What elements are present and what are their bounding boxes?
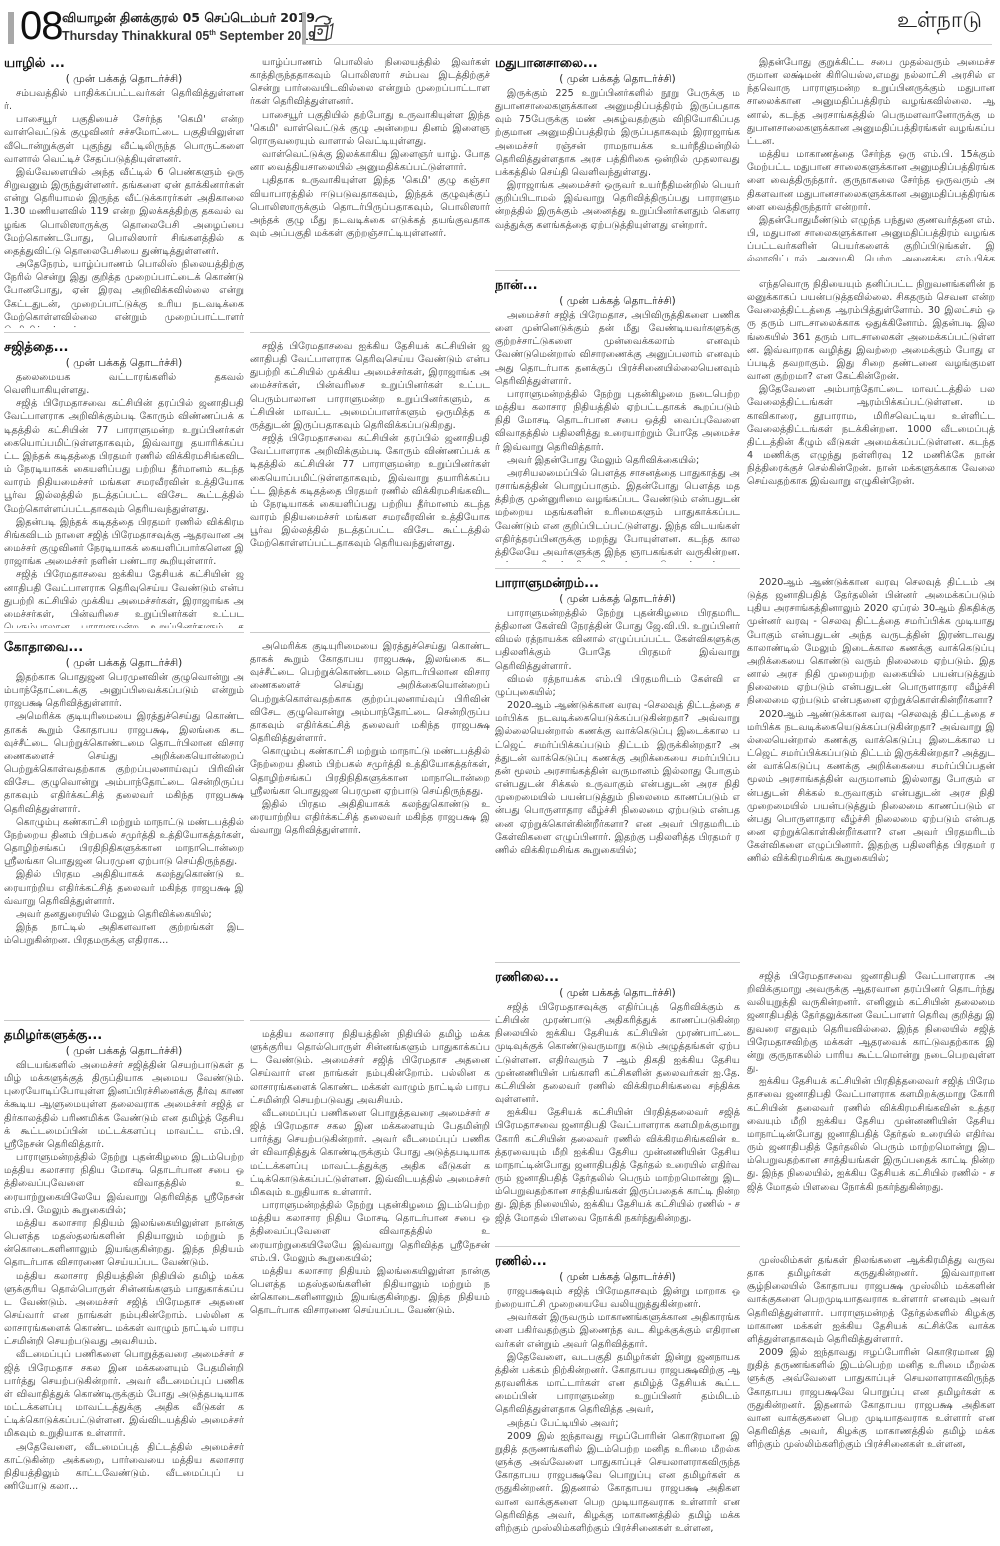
article-body: சம்பவத்தில் பாதிக்கப்பட்டவர்கள் தெரிவித்…	[4, 87, 244, 328]
article-yazhil: யாழில் ... ( முன் பக்கத் தொடர்ச்சி) சம்ப…	[4, 56, 244, 328]
article-body: முஸ்லிம்கள் தங்கள் நிலங்களை ஆக்கிரமித்து…	[747, 1254, 995, 1451]
column-1: யாழில் ... ( முன் பக்கத் தொடர்ச்சி) சம்ப…	[4, 56, 244, 1542]
article-headline: மதுபானசாலை...	[495, 56, 740, 72]
article-body: இருக்கும் 225 உறுப்பினர்களில் நூறு பேருக…	[495, 87, 740, 232]
article-sajithai: சஜித்தை... ( முன் பக்கத் தொடர்ச்சி) தலைம…	[4, 340, 244, 628]
article-headline: கோதாவை...	[4, 640, 244, 656]
masthead-separator	[302, 12, 306, 44]
article-body: இதற்காக பொதுஜன பெரமுனவின் குழுவொன்று அம்…	[4, 671, 244, 947]
article-paaraalumandram: பாராளுமன்றம்... ( முன் பக்கத் தொடர்ச்சி)…	[495, 576, 740, 954]
continued-label: ( முன் பக்கத் தொடர்ச்சி)	[495, 1270, 740, 1284]
article-tamilarkalukku: தமிழர்களுக்கு... ( முன் பக்கத் தொடர்ச்சி…	[4, 1028, 244, 1542]
article-madhupanasalai-continued: இதன்போது குறுக்கிட்ட சபை முதல்வரும் அமைச…	[747, 56, 995, 261]
article-gothavai-continued: அமெரிக்க குடியுரிமையை இரத்துச்செய்து கொண…	[250, 640, 490, 1016]
article-divider	[495, 568, 740, 569]
article-body: இதன்போது குறுக்கிட்ட சபை முதல்வரும் அமைச…	[747, 56, 995, 261]
article-body: யாழ்ப்பாணம் பொலிஸ் நிலையத்தில் இவர்கள் க…	[250, 56, 490, 240]
continued-label: ( முன் பக்கத் தொடர்ச்சி)	[495, 592, 740, 606]
continued-label: ( முன் பக்கத் தொடர்ச்சி)	[4, 656, 244, 670]
article-ranilai-continued: சஜித் பிரேமதாசவை ஜனாதிபதி வேட்பாளராக அறி…	[747, 970, 995, 1236]
article-divider	[4, 332, 244, 333]
article-body: எந்தவொரு நிதியையும் தனிப்பட்ட நிறுவனங்கள…	[747, 278, 995, 489]
article-body: சஜித் பிரேமதாசவுக்கு எதிர்ப்புத் தெரிவிக…	[495, 1001, 740, 1225]
article-body: தலைமையக வட்டாரங்களில் தகவல் வெளியாகியுள்…	[4, 371, 244, 628]
thinakkural-logo-icon	[310, 12, 336, 44]
section-title: உள்நாடு	[897, 8, 982, 36]
article-body: அமெரிக்க குடியுரிமையை இரத்துச்செய்து கொண…	[250, 640, 490, 837]
article-tamilarkalukku-continued: மத்திய கலாசார நிதியத்தின் நிதியில் தமிழ்…	[250, 1028, 490, 1542]
masthead: 08 வியாழன் தினக்குரல் 05 செப்டெம்பர் 201…	[0, 0, 1000, 50]
article-headline: ரணிலை...	[495, 970, 740, 986]
article-naan: நான்... ( முன் பக்கத் தொடர்ச்சி) அமைச்சர…	[495, 278, 740, 562]
article-headline: ரணில்...	[495, 1254, 740, 1270]
article-divider	[4, 632, 244, 633]
article-body: மத்திய கலாசார நிதியத்தின் நிதியில் தமிழ்…	[250, 1028, 490, 1317]
masthead-accent-bar	[8, 12, 14, 44]
continued-label: ( முன் பக்கத் தொடர்ச்சி)	[495, 72, 740, 86]
article-body: விடயங்களில் அமைச்சர் சஜித்தின் செயற்பாடு…	[4, 1059, 244, 1493]
article-headline: யாழில் ...	[4, 56, 244, 72]
masthead-rule	[302, 44, 992, 45]
article-headline: பாராளுமன்றம்...	[495, 576, 740, 592]
article-body: சஜித் பிரேமதாசவை ஜனாதிபதி வேட்பாளராக அறி…	[747, 970, 995, 1194]
column-2: யாழ்ப்பாணம் பொலிஸ் நிலையத்தில் இவர்கள் க…	[250, 56, 490, 1542]
article-headline: தமிழர்களுக்கு...	[4, 1028, 244, 1044]
article-divider	[495, 962, 740, 963]
article-body: அமைச்சர் சஜித் பிரேமதாச, அபிவிருத்திகளை …	[495, 309, 740, 562]
article-naan-continued: எந்தவொரு நிதியையும் தனிப்பட்ட நிறுவனங்கள…	[747, 278, 995, 562]
article-ranil-continued: முஸ்லிம்கள் தங்கள் நிலங்களை ஆக்கிரமித்து…	[747, 1254, 995, 1542]
article-ranil: ரணில்... ( முன் பக்கத் தொடர்ச்சி) ராஜபக்…	[495, 1254, 740, 1542]
article-divider	[250, 632, 490, 633]
continued-label: ( முன் பக்கத் தொடர்ச்சி)	[495, 986, 740, 1000]
article-paaraalumandram-continued: 2020ஆம் ஆண்டுக்கான வரவு செலவுத் திட்டம் …	[747, 576, 995, 954]
article-sajithai-continued: சஜித் பிரேமதாசவை ஐக்கிய தேசியக் கட்சியின…	[250, 340, 490, 628]
column-3: மதுபானசாலை... ( முன் பக்கத் தொடர்ச்சி) இ…	[495, 56, 740, 1542]
article-divider	[495, 270, 740, 271]
article-gothavai: கோதாவை... ( முன் பக்கத் தொடர்ச்சி) இதற்க…	[4, 640, 244, 1016]
article-body: சஜித் பிரேமதாசவை ஐக்கிய தேசியக் கட்சியின…	[250, 340, 490, 551]
article-headline: சஜித்தை...	[4, 340, 244, 356]
article-yazhil-continued: யாழ்ப்பாணம் பொலிஸ் நிலையத்தில் இவர்கள் க…	[250, 56, 490, 328]
masthead-date-tamil: வியாழன் தினக்குரல் 05 செப்டெம்பர் 2019	[62, 11, 315, 25]
column-4: இதன்போது குறுக்கிட்ட சபை முதல்வரும் அமைச…	[747, 56, 995, 1542]
continued-label: ( முன் பக்கத் தொடர்ச்சி)	[495, 294, 740, 308]
article-headline: நான்...	[495, 278, 740, 294]
article-divider	[250, 1020, 490, 1021]
article-body: 2020ஆம் ஆண்டுக்கான வரவு செலவுத் திட்டம் …	[747, 576, 995, 865]
continued-label: ( முன் பக்கத் தொடர்ச்சி)	[4, 1044, 244, 1058]
continued-label: ( முன் பக்கத் தொடர்ச்சி)	[4, 356, 244, 370]
article-body: பாராளுமன்றத்தில் நேற்று புதன்கிழமை பிரதம…	[495, 607, 740, 857]
article-divider	[495, 1246, 740, 1247]
article-divider	[4, 1020, 244, 1021]
article-body: ராஜபக்ஷவும் சஜித் பிரேமதாசவும் இன்று மாற…	[495, 1285, 740, 1535]
article-divider	[250, 332, 490, 333]
masthead-date-english: Thursday Thinakkural 05th September 2019	[62, 27, 315, 43]
article-ranilai: ரணிலை... ( முன் பக்கத் தொடர்ச்சி) சஜித் …	[495, 970, 740, 1236]
article-madhupanasalai: மதுபானசாலை... ( முன் பக்கத் தொடர்ச்சி) இ…	[495, 56, 740, 261]
page-number: 08	[20, 4, 63, 48]
continued-label: ( முன் பக்கத் தொடர்ச்சி)	[4, 72, 244, 86]
